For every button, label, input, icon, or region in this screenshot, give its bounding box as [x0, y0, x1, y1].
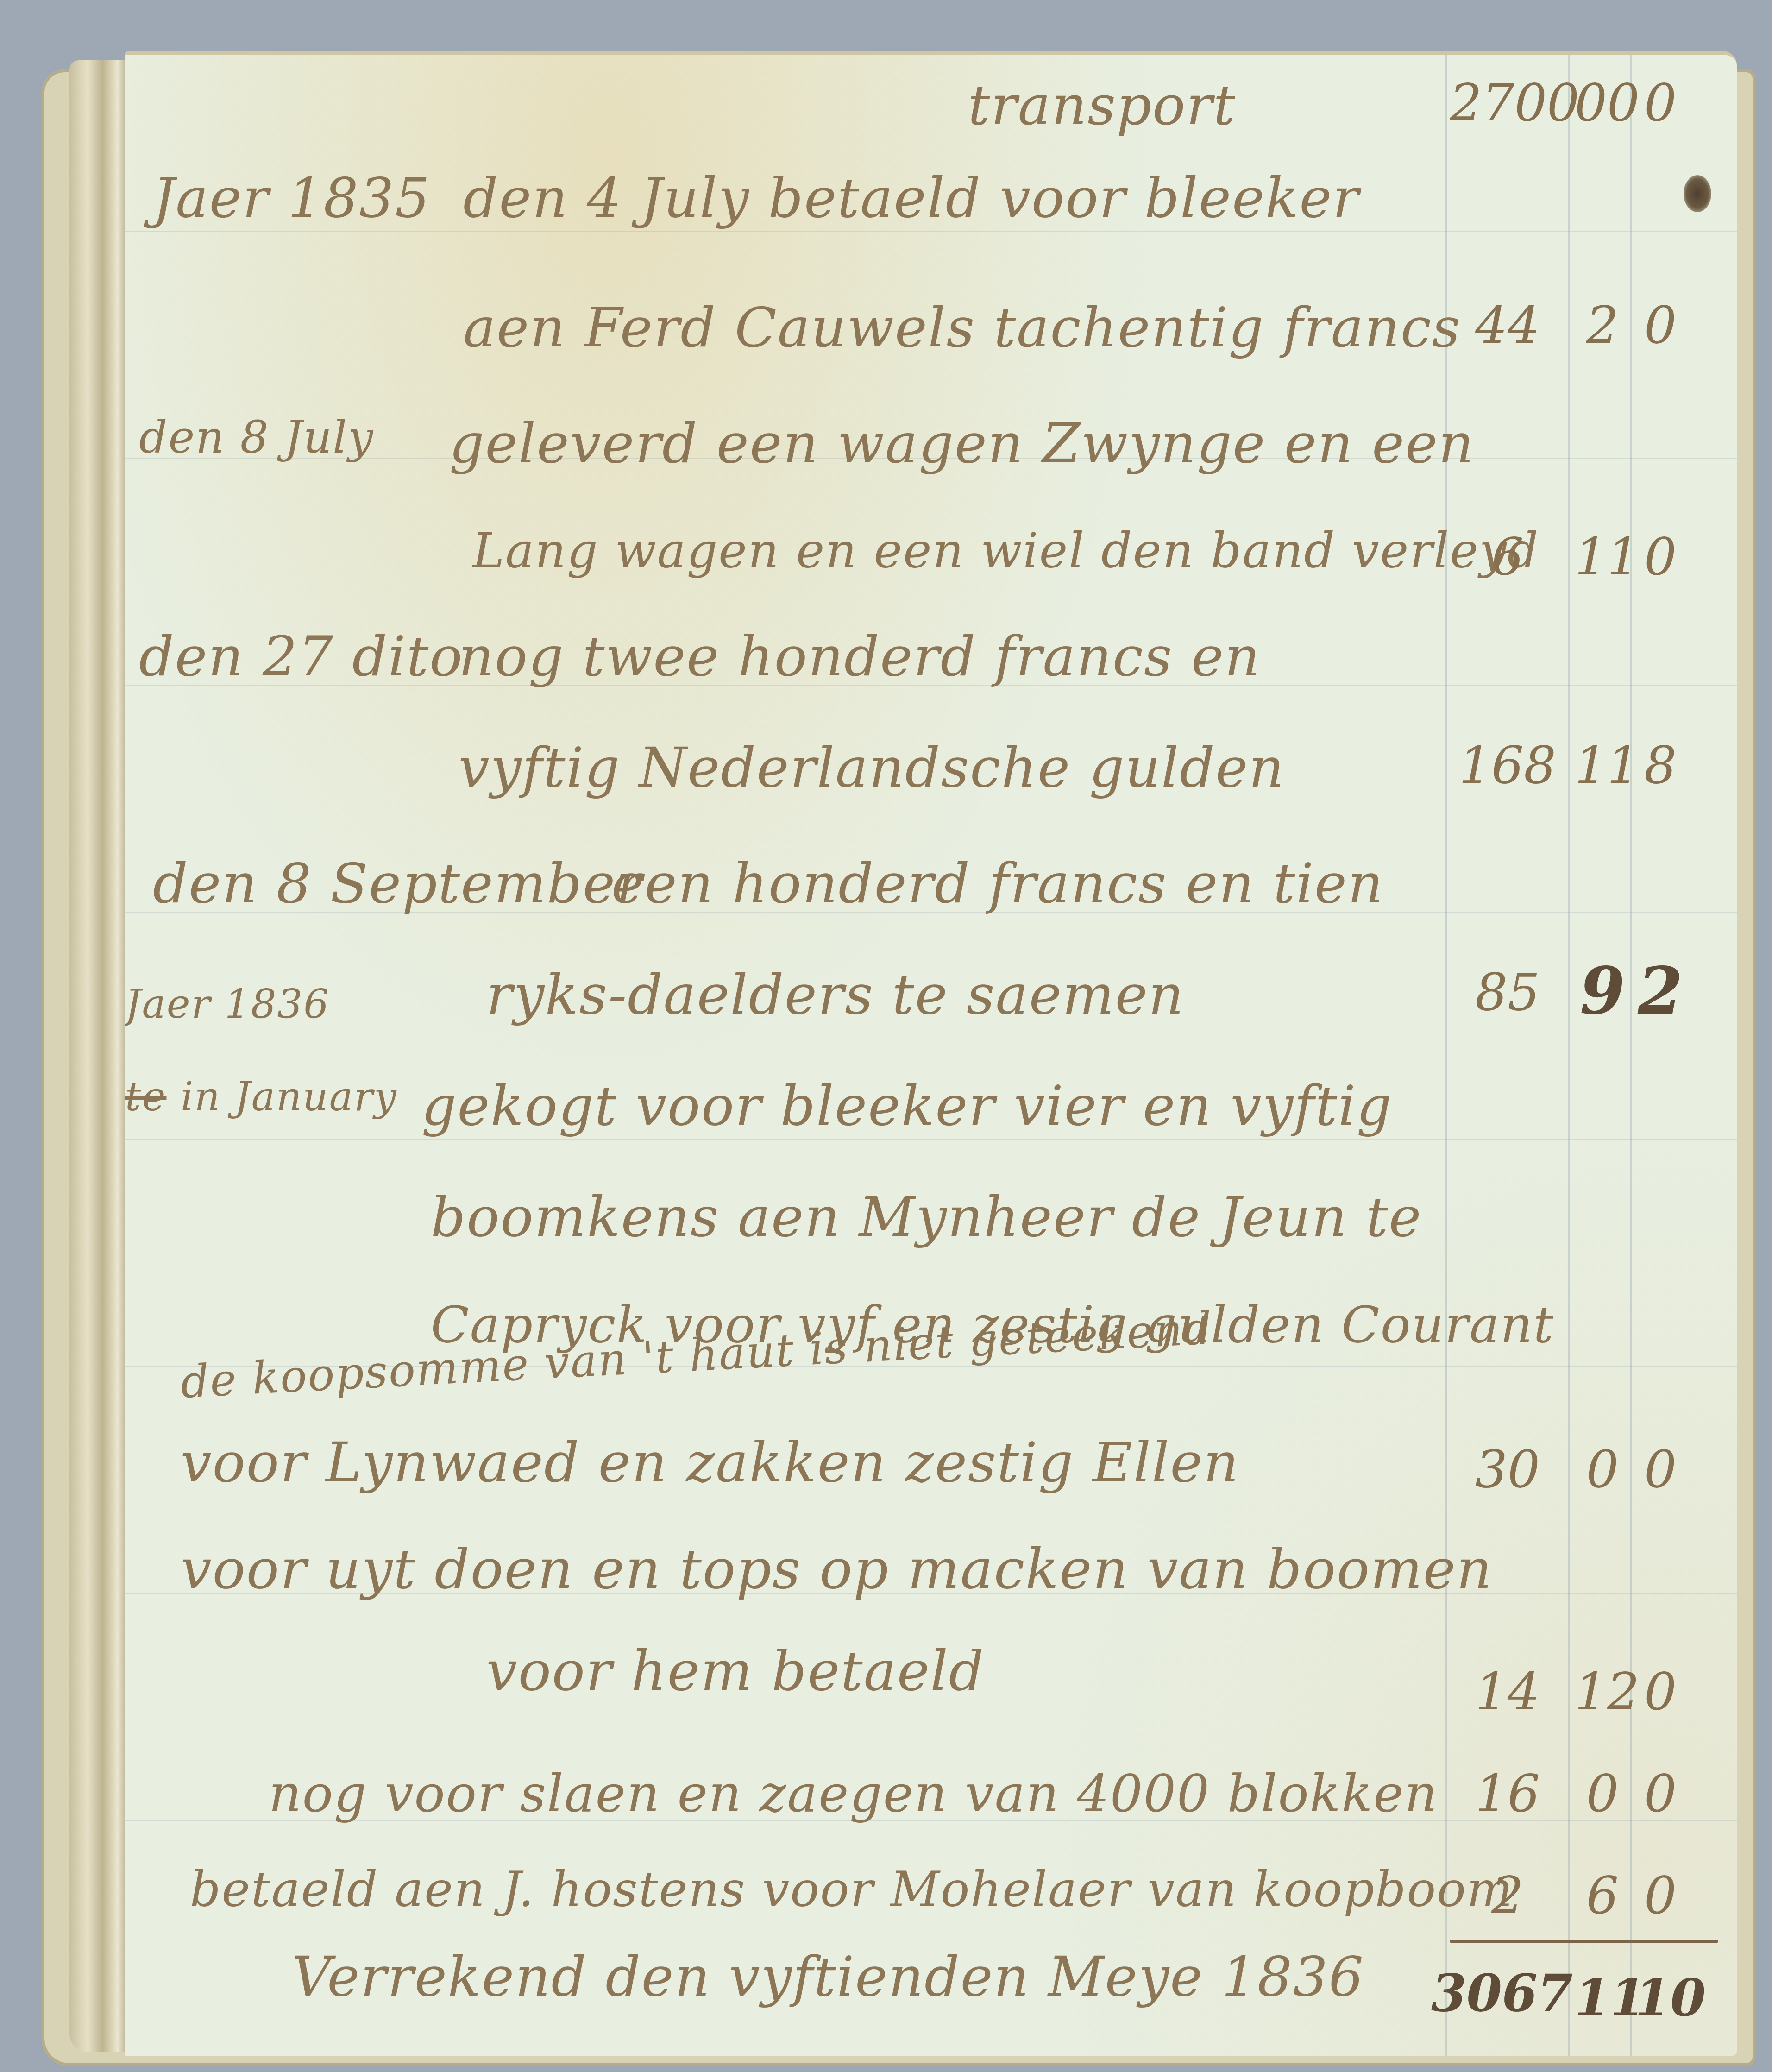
- entry-line: een honderd francs en tien: [611, 851, 1384, 915]
- total-cents: 10: [1635, 1968, 1690, 2028]
- amount-cents: 2: [1635, 953, 1686, 1029]
- amount-cents: 8: [1635, 736, 1686, 795]
- amount-stuivers: 2: [1575, 296, 1630, 355]
- page-stack-edge: [69, 60, 130, 2052]
- entry-line: nog voor slaen en zaegen van 4000 blokke…: [269, 1764, 1438, 1823]
- entry-line: voor Lynwaed en zakken zestig Ellen: [181, 1430, 1239, 1494]
- entry-line: Lang wagen en een wiel den band verleyd: [472, 523, 1539, 579]
- amount-guilders: 16: [1450, 1764, 1565, 1823]
- amount-guilders: 168: [1450, 736, 1565, 795]
- struck-word: te: [125, 1074, 166, 1120]
- amount-cents: 0: [1635, 1764, 1686, 1823]
- amount-stuivers: 0: [1575, 1440, 1630, 1499]
- entry-margin-month: in January: [181, 1074, 397, 1120]
- entry-line: vyftig Nederlandsche gulden: [459, 736, 1285, 800]
- amount-guilders: 30: [1450, 1440, 1565, 1499]
- amount-stuivers: 9: [1575, 953, 1630, 1029]
- entry-line: betaeld aen J. hostens voor Mohelaer van…: [190, 1861, 1513, 1918]
- carry-forward-label: transport: [968, 73, 1236, 137]
- carry-forward-cents: 0: [1635, 73, 1686, 132]
- total-rule: [1450, 1940, 1718, 1943]
- entry-line: boomkens aen Mynheer de Jeun te: [431, 1185, 1422, 1249]
- amount-stuivers: 12: [1575, 1662, 1630, 1721]
- amount-cents: 0: [1635, 296, 1686, 355]
- entry-line: ryks-daelders te saemen: [486, 963, 1185, 1027]
- amount-guilders: 14: [1450, 1662, 1565, 1721]
- ledger-page: transport 2700 00 0 Jaer 1835 den 4 July…: [125, 51, 1737, 2056]
- ink-blot: [1684, 175, 1711, 212]
- amount-guilders: 2: [1450, 1866, 1565, 1925]
- amount-stuivers: 11: [1575, 527, 1630, 586]
- entry-margin-date: den 27 dito: [139, 624, 463, 688]
- carry-forward-guilders: 2700: [1450, 73, 1565, 132]
- amount-stuivers: 0: [1575, 1764, 1630, 1823]
- settlement-line: Verrekend den vyftienden Meye 1836: [292, 1945, 1364, 2009]
- amount-guilders: 6: [1450, 527, 1565, 586]
- entry-line: gekogt voor bleeker vier en vyftig: [421, 1074, 1392, 1138]
- entry-line: geleverd een wagen Zwynge en een: [449, 411, 1475, 475]
- entry-margin-year: Jaer 1835: [153, 166, 431, 230]
- amount-guilders: 85: [1450, 963, 1565, 1022]
- entry-margin-year: Jaer 1836: [125, 981, 330, 1027]
- amount-cents: 0: [1635, 527, 1686, 586]
- amount-guilders: 44: [1450, 296, 1565, 355]
- entry-margin-date: den 8 September: [153, 851, 643, 915]
- entry-line: aen Ferd Cauwels tachentig francs: [463, 296, 1461, 359]
- carry-forward-stuivers: 00: [1575, 73, 1630, 132]
- ruled-line: [125, 231, 1737, 232]
- column-rule-cents: [1630, 55, 1632, 2056]
- amount-cents: 0: [1635, 1440, 1686, 1499]
- column-rule-stuivers: [1568, 55, 1570, 2056]
- amount-cents: 0: [1635, 1866, 1686, 1925]
- total-guilders: 3067: [1431, 1963, 1570, 2023]
- entry-line: nog twee honderd francs en: [459, 624, 1261, 688]
- entry-line: den 4 July betaeld voor bleeker: [463, 166, 1360, 230]
- entry-line: voor hem betaeld: [486, 1639, 985, 1703]
- ruled-line: [125, 1139, 1737, 1140]
- amount-cents: 0: [1635, 1662, 1686, 1721]
- amount-stuivers: 11: [1575, 736, 1630, 795]
- total-stuivers: 11: [1575, 1968, 1630, 2028]
- amount-stuivers: 6: [1575, 1866, 1630, 1925]
- entry-margin-date: den 8 July: [139, 411, 374, 463]
- entry-line: voor uyt doen en tops op macken van boom…: [181, 1537, 1493, 1601]
